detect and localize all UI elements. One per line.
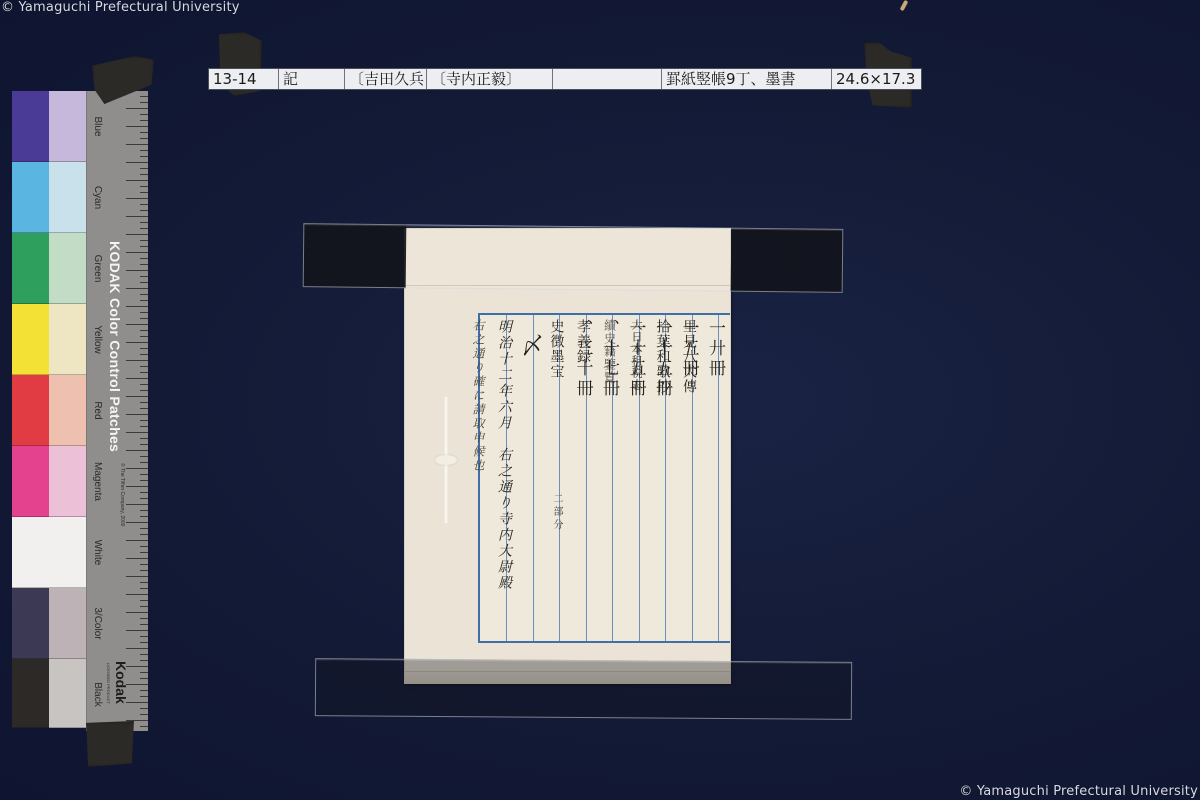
tint-yellow xyxy=(49,304,86,375)
patch-blue xyxy=(12,91,49,162)
closing-line: 右之通り確に請取申候也 xyxy=(465,315,491,641)
acrylic-strip-bottom xyxy=(315,658,852,720)
acrylic-strip-top xyxy=(303,223,844,293)
sender: 〔吉田久兵 xyxy=(345,69,427,89)
copyright-watermark-bottom: © Yamaguchi Prefectural University xyxy=(959,784,1198,799)
patch-yellow xyxy=(12,304,49,375)
manuscript-columns: 一廾冊 里見八犬傳 一五冊 拾葉和歌抄 一十五冊 大日本租税志 一十五冊 續史籍… xyxy=(478,315,728,641)
card-brand-title: KODAK Color Control Patches xyxy=(107,241,123,452)
tint-red xyxy=(49,375,86,446)
patch-red xyxy=(12,375,49,446)
closing-line: 明治十二年六月 右之通り寺内大尉殿 xyxy=(491,315,517,641)
mounting-tape xyxy=(84,721,136,767)
entry-row: 、十七冊 孝義録 xyxy=(596,315,623,641)
document-size: 24.6×17.3 xyxy=(832,69,921,89)
label-yellow: Yellow xyxy=(92,304,103,375)
entry-note: 二部分 xyxy=(543,315,569,641)
entry-row: 、三十冊 史徴墨宝 xyxy=(569,315,596,641)
stray-fiber xyxy=(900,0,909,11)
patch-green xyxy=(12,233,49,304)
patch-3color xyxy=(12,588,49,659)
patch-magenta xyxy=(12,446,49,517)
color-control-card: Blue Cyan Green Yellow Red Magenta White… xyxy=(12,91,148,731)
patch-black xyxy=(12,659,49,728)
tint-green xyxy=(49,233,86,304)
patch-column-full xyxy=(12,91,49,728)
label-white: White xyxy=(92,517,103,588)
end-mark: 〆 xyxy=(517,315,543,641)
ruler-cm-ticks xyxy=(126,91,140,731)
tint-blue xyxy=(49,91,86,162)
document-booklet: 一廾冊 里見八犬傳 一五冊 拾葉和歌抄 一十五冊 大日本租税志 一十五冊 續史籍… xyxy=(405,229,730,683)
recipient: 〔寺内正毅〕 xyxy=(427,69,553,89)
label-red: Red xyxy=(92,375,103,446)
blank-field xyxy=(553,69,662,89)
label-3color: 3/Color xyxy=(92,588,103,659)
entry-row: 一廾冊 里見八犬傳 xyxy=(702,315,729,641)
tint-cyan xyxy=(49,162,86,233)
entry-row: 一五冊 拾葉和歌抄 xyxy=(675,315,702,641)
card-copyright: © The Tiffen Company, 2000 xyxy=(119,463,125,526)
entry-row: 一十五冊 大日本租税志 xyxy=(649,315,676,641)
tint-black xyxy=(49,659,86,728)
catalog-label: 13-14 記 〔吉田久兵 〔寺内正毅〕 罫紙竪帳9丁、墨書 24.6×17.3 xyxy=(208,68,922,90)
patch-column-tint xyxy=(49,91,86,728)
ruler: Blue Cyan Green Yellow Red Magenta White… xyxy=(86,91,148,731)
label-blue: Blue xyxy=(92,91,103,162)
label-black: Black xyxy=(92,659,103,730)
tint-magenta xyxy=(49,446,86,517)
label-magenta: Magenta xyxy=(92,446,103,517)
licensed-product-text: LICENSED PRODUCT xyxy=(106,663,111,704)
patch-labels: Blue Cyan Green Yellow Red Magenta White… xyxy=(89,91,103,731)
document-title: 記 xyxy=(279,69,345,89)
label-green: Green xyxy=(92,233,103,304)
binding-knot xyxy=(435,455,457,465)
entry-row: 一十五冊 續史籍鑒覧 xyxy=(622,315,649,641)
document-format: 罫紙竪帳9丁、墨書 xyxy=(662,69,832,89)
tint-3color xyxy=(49,588,86,659)
patch-cyan xyxy=(12,162,49,233)
label-cyan: Cyan xyxy=(92,162,103,233)
item-number: 13-14 xyxy=(209,69,279,89)
copyright-watermark-top: © Yamaguchi Prefectural University xyxy=(1,0,240,15)
